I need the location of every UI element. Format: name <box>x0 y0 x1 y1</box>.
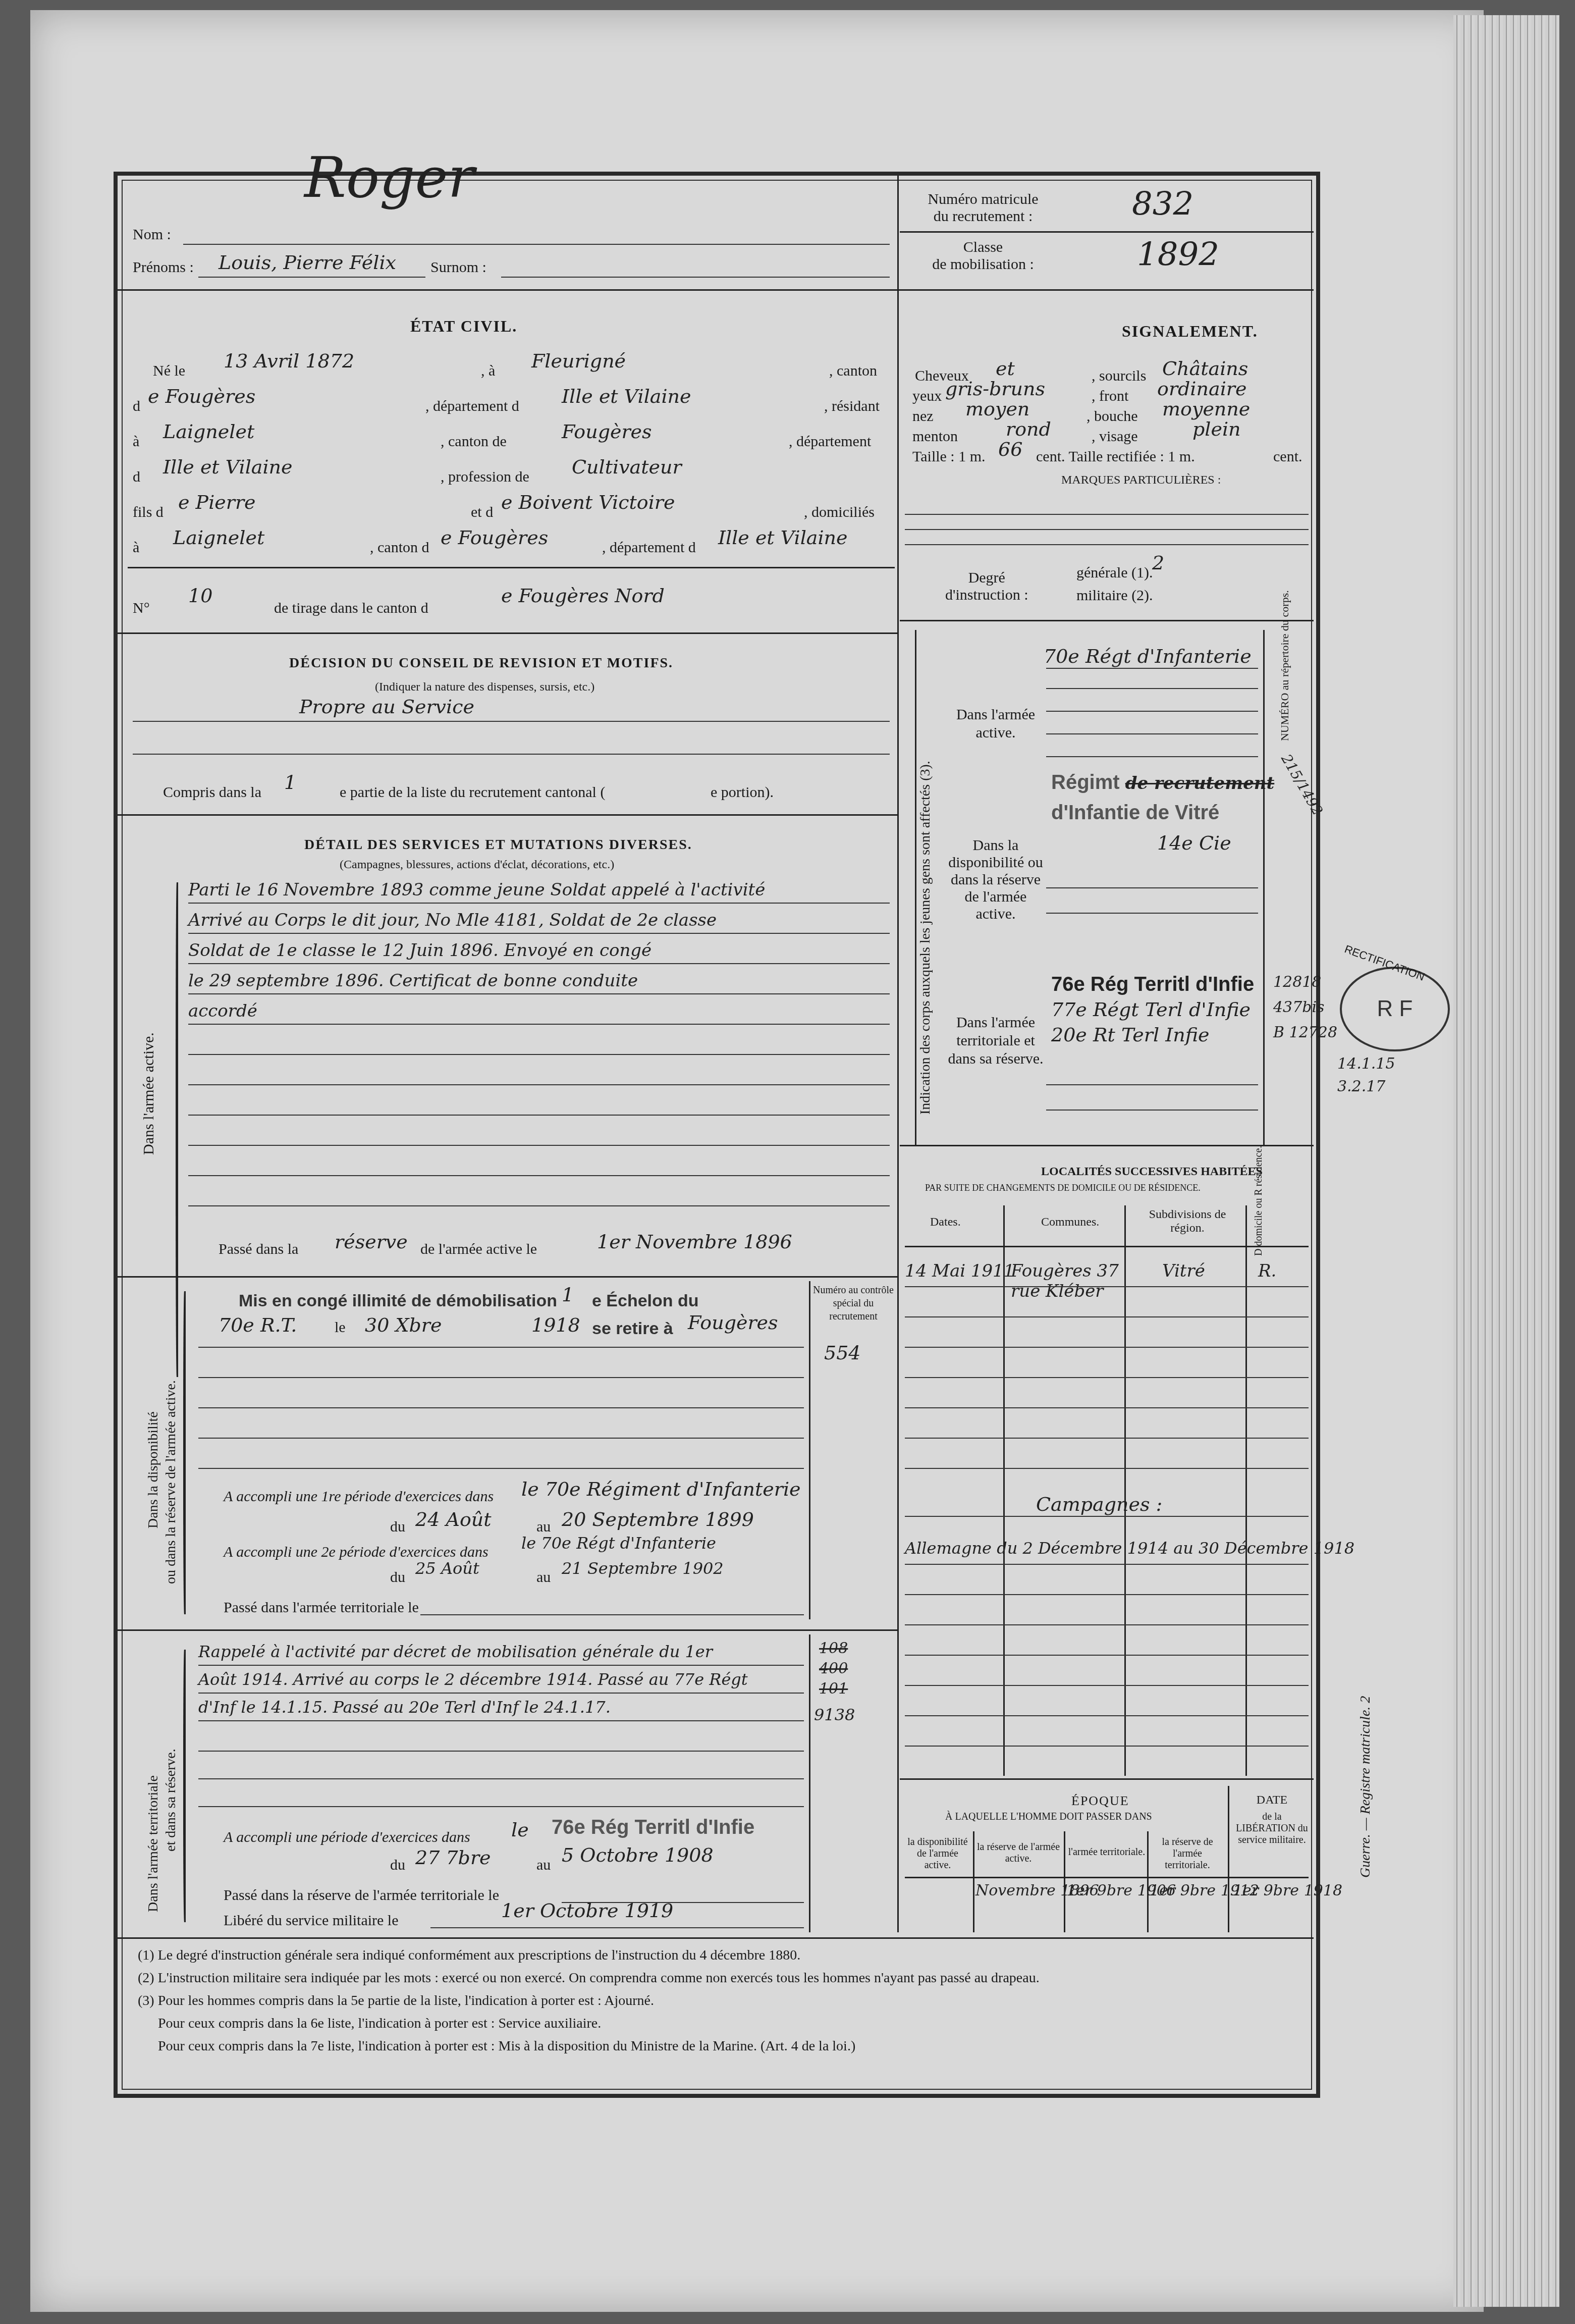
compris-rest: e partie de la liste du recrutement cant… <box>340 784 605 801</box>
corps-side-label: Indication des corps auxquels les jeunes… <box>917 761 934 1115</box>
menton-value: rond <box>1006 418 1051 440</box>
col-domicile: D domicile ou R résidence. <box>1253 1146 1265 1256</box>
date-liberation-subtitle: de la LIBÉRATION du service militaire. <box>1233 1811 1311 1846</box>
epoque-col-4: la réserve de l'armée territoriale. <box>1150 1836 1225 1871</box>
bouche-label: , bouche <box>1087 408 1138 425</box>
decision-subtitle: (Indiquer la nature des dispenses, sursi… <box>375 680 594 694</box>
territoriale-period-du: du <box>390 1857 405 1874</box>
matricule-value: 832 <box>1132 186 1193 223</box>
territoriale-line-3b: d'Inf le 14.1.15. Passé au 20e Terl d'In… <box>198 1698 611 1717</box>
libere-value: 1er Octobre 1919 <box>501 1899 673 1922</box>
col-communes: Communes. <box>1041 1216 1099 1229</box>
nez-label: nez <box>912 408 934 425</box>
departement3-label: , département d <box>602 539 696 556</box>
period1-from: 24 Août <box>415 1508 492 1530</box>
services-line-2: Arrivé au Corps le dit jour, No Mle 4181… <box>188 910 717 930</box>
demob-year: 1918 <box>531 1314 580 1336</box>
corps-active-label: Dans l'armée active. <box>945 706 1046 742</box>
date-liberation-title: DATE <box>1233 1793 1311 1807</box>
retire-label: se retire à <box>592 1319 673 1339</box>
parents-departement: Ille et Vilaine <box>718 526 848 549</box>
tirage-canton: e Fougères Nord <box>501 585 665 607</box>
territoriale-number-3: B 12728 <box>1273 1024 1337 1041</box>
dispo-company: 14e Cie <box>1157 832 1231 854</box>
dispo-stamp-2: d'Infantie de Vitré <box>1051 802 1219 824</box>
period1-label: A accompli une 1re période d'exercices d… <box>224 1488 494 1505</box>
territoriale-side-label-2: et dans sa réserve. <box>163 1749 179 1852</box>
corps-dispo-label: Dans la disponibilité ou dans la réserve… <box>945 837 1046 923</box>
epoque-col-3: l'armée territoriale. <box>1066 1846 1147 1858</box>
parents-residence: Laignelet <box>173 526 264 549</box>
territoriale-line-2: 77e Régt Terl d'Infie <box>1051 998 1251 1021</box>
residence-departement: Ille et Vilaine <box>163 456 293 478</box>
territoriale-side-label-1: Dans l'armée territoriale <box>145 1775 161 1912</box>
a3-label: à <box>133 539 139 556</box>
mother-name: e Boivent Victoire <box>501 491 675 513</box>
birth-canton: e Fougères <box>148 385 255 407</box>
residant-label: , résidant <box>824 398 880 415</box>
territoriale-period-from: 27 7bre <box>415 1846 491 1869</box>
numero-controle-label: Numéro au contrôle spécial du recrutemen… <box>813 1284 894 1323</box>
campagnes-line: Allemagne du 2 Décembre 1914 au 30 Décem… <box>905 1539 1354 1558</box>
visage-label: , visage <box>1092 428 1138 445</box>
passe-value: réserve <box>335 1231 408 1253</box>
services-line-1: Parti le 16 Novembre 1893 comme jeune So… <box>188 880 765 900</box>
period2-au: au <box>536 1569 551 1586</box>
footnote-5: Pour ceux compris dans la 7e liste, l'in… <box>158 2038 855 2054</box>
footnote-3: (3) Pour les hommes compris dans la 5e p… <box>138 1993 654 2009</box>
sourcils-label: , sourcils <box>1092 367 1146 385</box>
demob-regiment: 70e R.T. <box>219 1314 297 1336</box>
territoriale-period-stamp: 76e Rég Territl d'Infie <box>552 1816 754 1839</box>
canton-de2-label: , canton d <box>370 539 429 556</box>
visage-value: plein <box>1192 418 1241 440</box>
epoque-title: ÉPOQUE <box>1071 1793 1129 1809</box>
signalement-title: SIGNALEMENT. <box>1122 322 1258 341</box>
period2-label: A accompli une 2e période d'exercices da… <box>224 1544 488 1561</box>
campagnes-title: Campagnes : <box>1036 1493 1162 1515</box>
localites-subtitle: PAR SUITE DE CHANGEMENTS DE DOMICILE OU … <box>925 1183 1201 1193</box>
fils-label: fils d <box>133 504 164 521</box>
corps-active-value: 70e Régt d'Infanterie <box>1044 645 1252 667</box>
territoriale-period-to: 5 Octobre 1908 <box>562 1844 714 1866</box>
localite-type: R. <box>1258 1261 1276 1281</box>
residence-canton: Fougères <box>562 420 652 443</box>
services-line-3: Soldat de 1e classe le 12 Juin 1896. Env… <box>188 940 651 961</box>
territoriale-side-number-3: 101 <box>819 1680 848 1698</box>
rectification-stamp: R F <box>1340 967 1450 1051</box>
taille-value: 66 <box>998 438 1022 460</box>
domicilies-label: , domiciliés <box>804 504 875 521</box>
period1-value: le 70e Régiment d'Infanterie <box>521 1478 801 1500</box>
col-dates: Dates. <box>930 1216 961 1229</box>
a-label: , à <box>481 362 495 380</box>
period2-to: 21 Septembre 1902 <box>562 1559 724 1578</box>
yeux-value: gris-bruns <box>945 378 1045 400</box>
d2-label: d <box>133 468 140 486</box>
compris-label: Compris dans la <box>163 784 261 801</box>
dispo-number: 215/1492 <box>1278 751 1326 818</box>
father-name: e Pierre <box>178 491 256 513</box>
et-de-label: et d <box>471 504 493 521</box>
period2-value: le 70e Régt d'Infanterie <box>521 1534 716 1553</box>
corps-territoriale-label: Dans l'armée territoriale et dans sa rés… <box>945 1014 1046 1068</box>
stamp-date-2: 3.2.17 <box>1337 1078 1385 1095</box>
passe-label: Passé dans la <box>219 1241 298 1258</box>
generale-value: 2 <box>1152 552 1164 574</box>
departement2-label: , département <box>789 433 871 450</box>
departement-label: , département d <box>425 398 519 415</box>
libere-label: Libéré du service militaire le <box>224 1912 399 1929</box>
ne-le-label: Né le <box>153 362 185 380</box>
dispo-stamp-1: Régimt de recrutement <box>1051 771 1274 794</box>
classe-value: 1892 <box>1137 236 1219 274</box>
passe-rest: de l'armée active le <box>420 1241 537 1258</box>
period2-from: 25 Août <box>415 1559 479 1578</box>
portion-label: e portion). <box>711 784 774 801</box>
period1-au: au <box>536 1518 551 1536</box>
front-label: , front <box>1092 388 1128 405</box>
demob-date: 30 Xbre <box>365 1314 442 1336</box>
date-liberation-value: 1er 9bre 1918 <box>1233 1882 1342 1899</box>
footnote-2: (2) L'instruction militaire sera indiqué… <box>138 1970 1040 1986</box>
bouche-value: moyenne <box>1162 398 1250 420</box>
localite-subdivision: Vitré <box>1162 1261 1205 1281</box>
nez-value: moyen <box>965 398 1029 420</box>
decision-title: DÉCISION DU CONSEIL DE REVISION ET MOTIF… <box>289 655 673 671</box>
localites-title: LOCALITÉS SUCCESSIVES HABITÉES <box>1041 1165 1263 1179</box>
epoque-col-2: la réserve de l'armée active. <box>975 1841 1061 1865</box>
page-stack-edges <box>1453 15 1559 2307</box>
front-value: ordinaire <box>1157 378 1246 400</box>
localite-date: 14 Mai 1911 <box>905 1261 1014 1281</box>
services-subtitle: (Campagnes, blessures, actions d'éclat, … <box>340 858 614 872</box>
period1-to: 20 Septembre 1899 <box>562 1508 754 1530</box>
a2-label: à <box>133 433 139 450</box>
cent-label: cent. Taille rectifiée : 1 m. <box>1036 448 1195 465</box>
margin-note: Guerre. — Registre matricule. 2 <box>1357 1696 1374 1878</box>
taille-label: Taille : 1 m. <box>912 448 986 465</box>
surnom-label: Surnom : <box>430 259 486 276</box>
territoriale-period-label: A accompli une période d'exercices dans <box>224 1829 470 1846</box>
classe-label: Classede mobilisation : <box>925 239 1041 273</box>
canton-label: , canton <box>829 362 877 380</box>
register-form: Roger Nom : Prénoms : Louis, Pierre Féli… <box>114 172 1320 2098</box>
dispo-side-label-2: ou dans la réserve de l'armée active. <box>163 1380 179 1584</box>
territoriale-line-3: 20e Rt Terl Infie <box>1051 1024 1209 1046</box>
epoque-subtitle: À LAQUELLE L'HOMME DOIT PASSER DANS <box>945 1811 1152 1823</box>
cheveux-value: et <box>996 357 1015 380</box>
territoriale-side-number-4: 9138 <box>814 1705 855 1724</box>
footnote-1: (1) Le degré d'instruction générale sera… <box>138 1947 800 1964</box>
tirage-number: 10 <box>188 585 212 607</box>
profession: Cultivateur <box>572 456 682 478</box>
echelon-label: e Échelon du <box>592 1291 699 1311</box>
birth-place: Fleurigné <box>531 350 626 372</box>
yeux-label: yeux <box>912 388 942 405</box>
militaire-label: militaire (2). <box>1076 587 1153 604</box>
passe-reserve-label: Passé dans la réserve de l'armée territo… <box>224 1887 499 1904</box>
col-subdivisions: Subdivisions de région. <box>1142 1208 1233 1235</box>
numero-controle-value: 554 <box>824 1342 861 1364</box>
parents-canton: e Fougères <box>441 526 548 549</box>
services-line-4: le 29 septembre 1896. Certificat de bonn… <box>188 971 638 991</box>
services-title: DÉTAIL DES SERVICES ET MUTATIONS DIVERSE… <box>304 837 692 853</box>
territoriale-side-number-2: 400 <box>819 1660 848 1677</box>
menton-label: menton <box>912 428 958 445</box>
territoriale-stamp: 76e Rég Territl d'Infie <box>1051 973 1254 996</box>
period1-du: du <box>390 1518 405 1536</box>
territoriale-period-prefix: le <box>511 1819 529 1841</box>
footnote-4: Pour ceux compris dans la 6e liste, l'in… <box>158 2016 601 2032</box>
generale-label: générale (1). <box>1076 564 1153 582</box>
echelon-value: 1 <box>562 1284 574 1306</box>
sourcils-value: Châtains <box>1162 357 1248 380</box>
territoriale-side-number-1: 108 <box>819 1640 848 1657</box>
etat-civil-title: ÉTAT CIVIL. <box>410 317 517 336</box>
services-line-5: accordé <box>188 1001 257 1021</box>
canton-de-label: , canton de <box>441 433 507 450</box>
marques-title: MARQUES PARTICULIÈRES : <box>1061 473 1221 487</box>
d-label: d <box>133 398 140 415</box>
birth-date: 13 Avril 1872 <box>224 350 354 372</box>
services-side-label: Dans l'armée active. <box>140 1032 157 1155</box>
surname-value: Roger <box>304 145 474 210</box>
birth-departement: Ille et Vilaine <box>562 385 691 407</box>
localite-commune: Fougères 37 rue Kléber <box>1011 1261 1122 1301</box>
territoriale-line-2b: Août 1914. Arrivé au corps le 2 décembre… <box>198 1670 748 1689</box>
epoque-col-1: la disponibilité de l'armée active. <box>905 1836 970 1871</box>
partie-value: 1 <box>284 771 296 794</box>
decision-value: Propre au Service <box>299 696 474 718</box>
no-label: N° <box>133 600 150 617</box>
demob-stamp: Mis en congé illimité de démobilisation <box>239 1291 557 1311</box>
passe-date: 1er Novembre 1896 <box>597 1231 792 1253</box>
territoriale-number-1: 12818 <box>1273 973 1321 991</box>
stamp-date-1: 14.1.15 <box>1337 1055 1395 1073</box>
matricule-label: Numéro matriculedu recrutement : <box>925 191 1041 225</box>
numero-repertoire-label: NUMÉRO au répertoire du corps. <box>1278 590 1291 741</box>
period2-du: du <box>390 1569 405 1586</box>
territoriale-period-au: au <box>536 1857 551 1874</box>
profession-label: , profession de <box>441 468 529 486</box>
prenoms-value: Louis, Pierre Félix <box>219 251 396 274</box>
territoriale-line-1: Rappelé à l'activité par décret de mobil… <box>198 1642 713 1661</box>
residence: Laignelet <box>163 420 254 443</box>
degre-label: Degréd'instruction : <box>945 569 1028 604</box>
retire-value: Fougères <box>688 1311 778 1334</box>
tirage-label: de tirage dans le canton d <box>274 600 428 617</box>
territoriale-number-2: 437bis <box>1273 998 1324 1016</box>
nom-label: Nom : <box>133 226 171 243</box>
passe-territoriale-label: Passé dans l'armée territoriale le <box>224 1599 419 1616</box>
cent2-label: cent. <box>1273 448 1302 465</box>
demob-le-label: le <box>335 1319 346 1336</box>
prenoms-label: Prénoms : <box>133 259 194 276</box>
dispo-side-label-1: Dans la disponibilité <box>145 1411 161 1528</box>
